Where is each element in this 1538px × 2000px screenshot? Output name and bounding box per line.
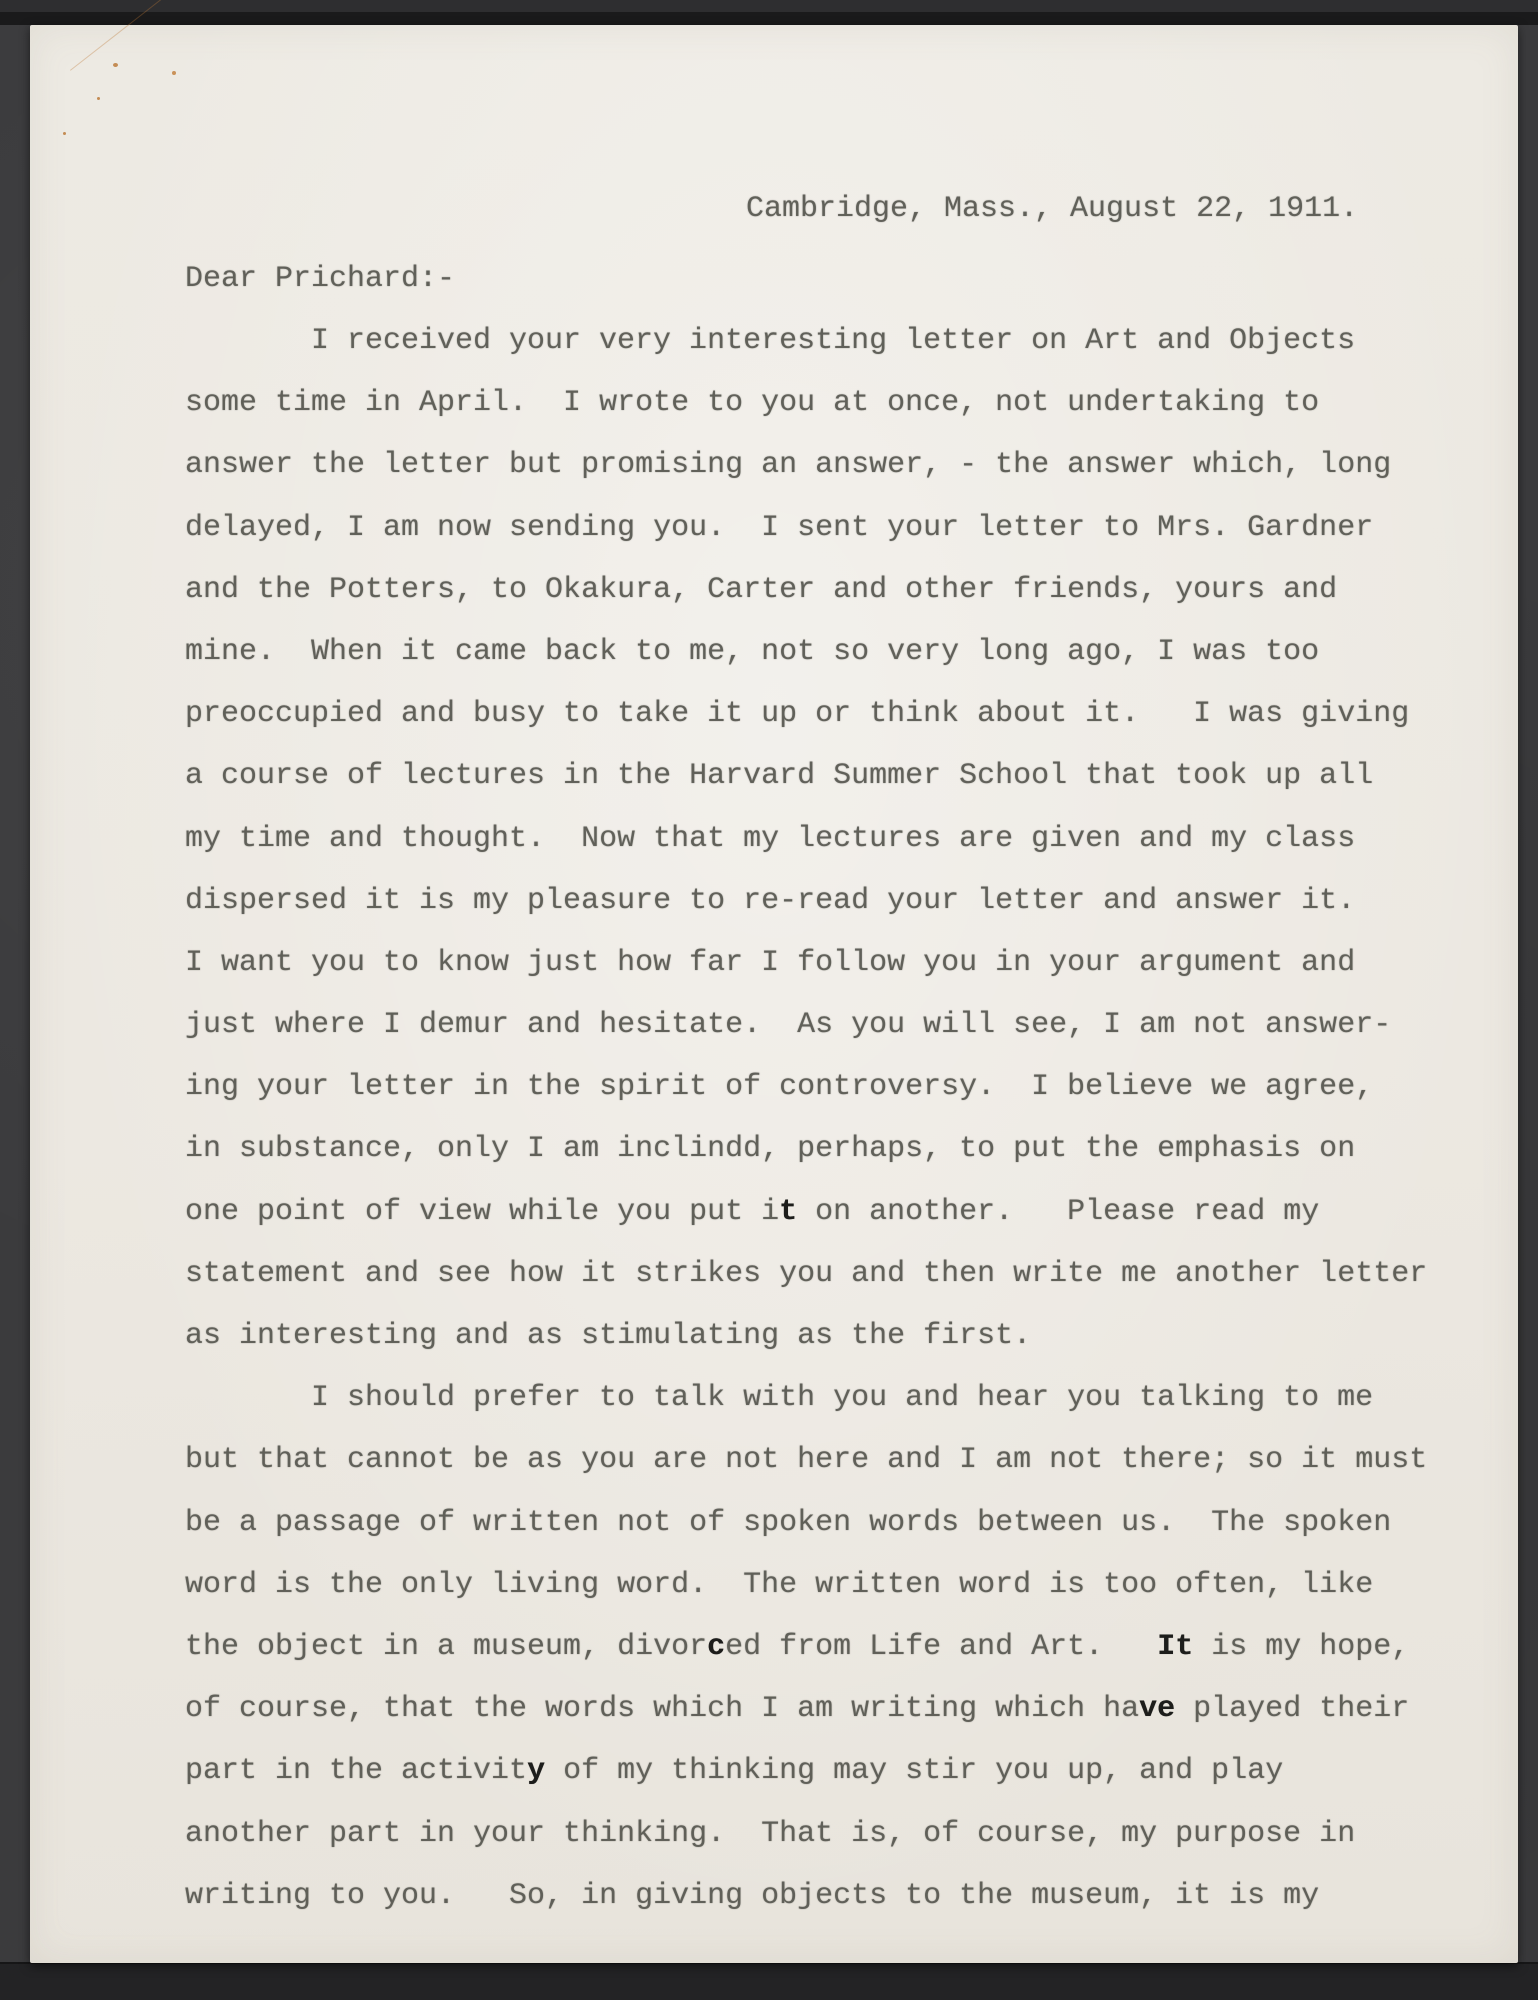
letter-body: I received your very interesting letter …: [185, 310, 1475, 1927]
letter-text-segment: just where I demur and hesitate. As you …: [185, 1008, 1391, 1042]
overstruck-text-segment: c: [707, 1630, 725, 1664]
letter-text-segment: my time and thought. Now that my lecture…: [185, 822, 1355, 856]
foxing-spot: [113, 63, 118, 67]
letter-text-segment: and the Potters, to Okakura, Carter and …: [185, 573, 1337, 607]
letter-line: I received your very interesting letter …: [185, 310, 1475, 372]
letter-text-segment: is my hope,: [1193, 1630, 1409, 1664]
overstruck-text-segment: ve: [1139, 1692, 1175, 1726]
letter-line: but that cannot be as you are not here a…: [185, 1429, 1475, 1491]
letter-text-segment: part in the activit: [185, 1754, 527, 1788]
letter-line: part in the activity of my thinking may …: [185, 1740, 1475, 1802]
letter-text-segment: preoccupied and busy to take it up or th…: [185, 697, 1409, 731]
letter-line: preoccupied and busy to take it up or th…: [185, 683, 1475, 745]
letter-line: ing your letter in the spirit of controv…: [185, 1056, 1475, 1118]
letter-line: just where I demur and hesitate. As you …: [185, 994, 1475, 1056]
letter-line: another part in your thinking. That is, …: [185, 1803, 1475, 1865]
overstruck-text-segment: t: [779, 1195, 797, 1229]
foxing-spot: [97, 97, 100, 100]
overstruck-text-segment: It: [1157, 1630, 1193, 1664]
letter-text-segment: word is the only living word. The writte…: [185, 1568, 1373, 1602]
letter-text-segment: on another. Please read my: [797, 1195, 1319, 1229]
letter-text-segment: ing your letter in the spirit of controv…: [185, 1070, 1373, 1104]
letter-text-segment: I should prefer to talk with you and hea…: [311, 1381, 1373, 1415]
letter-text-segment: delayed, I am now sending you. I sent yo…: [185, 511, 1373, 545]
letter-text-segment: dispersed it is my pleasure to re-read y…: [185, 884, 1355, 918]
letter-page: Cambridge, Mass., August 22, 1911. Dear …: [30, 25, 1518, 1963]
letter-line: writing to you. So, in giving objects to…: [185, 1865, 1475, 1927]
letter-text-segment: as interesting and as stimulating as the…: [185, 1319, 1031, 1353]
letter-line: and the Potters, to Okakura, Carter and …: [185, 559, 1475, 621]
letter-line: mine. When it came back to me, not so ve…: [185, 621, 1475, 683]
letter-text-segment: the object in a museum, divor: [185, 1630, 707, 1664]
letter-text-segment: of course, that the words which I am wri…: [185, 1692, 1139, 1726]
letter-text-segment: ed from Life and Art.: [725, 1630, 1157, 1664]
letter-line: be a passage of written not of spoken wo…: [185, 1492, 1475, 1554]
overstruck-text-segment: y: [527, 1754, 545, 1788]
foxing-spot: [172, 71, 176, 75]
paper-top-edge-shadow: [0, 12, 1538, 25]
salutation: Dear Prichard:-: [185, 257, 455, 301]
letter-text-segment: played their: [1175, 1692, 1409, 1726]
letter-text-segment: but that cannot be as you are not here a…: [185, 1443, 1427, 1477]
letter-line: delayed, I am now sending you. I sent yo…: [185, 497, 1475, 559]
letter-text-segment: answer the letter but promising an answe…: [185, 448, 1391, 482]
letter-line: dispersed it is my pleasure to re-read y…: [185, 870, 1475, 932]
letter-line: one point of view while you put it on an…: [185, 1181, 1475, 1243]
letter-text-segment: a course of lectures in the Harvard Summ…: [185, 759, 1373, 793]
letter-line: the object in a museum, divorced from Li…: [185, 1616, 1475, 1678]
letter-text-segment: another part in your thinking. That is, …: [185, 1817, 1355, 1851]
letter-line: in substance, only I am inclindd, perhap…: [185, 1118, 1475, 1180]
letter-text-segment: mine. When it came back to me, not so ve…: [185, 635, 1319, 669]
letter-line: statement and see how it strikes you and…: [185, 1243, 1475, 1305]
letter-text-segment: some time in April. I wrote to you at on…: [185, 386, 1319, 420]
letter-line: some time in April. I wrote to you at on…: [185, 372, 1475, 434]
letter-line: I should prefer to talk with you and hea…: [185, 1367, 1475, 1429]
letter-line: word is the only living word. The writte…: [185, 1554, 1475, 1616]
letter-line: as interesting and as stimulating as the…: [185, 1305, 1475, 1367]
letter-line: I want you to know just how far I follow…: [185, 932, 1475, 994]
letter-line: answer the letter but promising an answe…: [185, 434, 1475, 496]
letter-line: a course of lectures in the Harvard Summ…: [185, 745, 1475, 807]
scan-bottom-band: [0, 1962, 1538, 2000]
letter-line: of course, that the words which I am wri…: [185, 1678, 1475, 1740]
dateline: Cambridge, Mass., August 22, 1911.: [746, 187, 1358, 231]
letter-text-segment: in substance, only I am inclindd, perhap…: [185, 1132, 1355, 1166]
letter-text-segment: be a passage of written not of spoken wo…: [185, 1506, 1391, 1540]
letter-text-segment: I received your very interesting letter …: [311, 324, 1355, 358]
letter-text-segment: one point of view while you put i: [185, 1195, 779, 1229]
letter-text-segment: I want you to know just how far I follow…: [185, 946, 1355, 980]
letter-text-segment: of my thinking may stir you up, and play: [545, 1754, 1283, 1788]
letter-text-segment: writing to you. So, in giving objects to…: [185, 1879, 1319, 1913]
foxing-spot: [63, 132, 66, 135]
letter-text-segment: statement and see how it strikes you and…: [185, 1257, 1427, 1291]
letter-line: my time and thought. Now that my lecture…: [185, 808, 1475, 870]
